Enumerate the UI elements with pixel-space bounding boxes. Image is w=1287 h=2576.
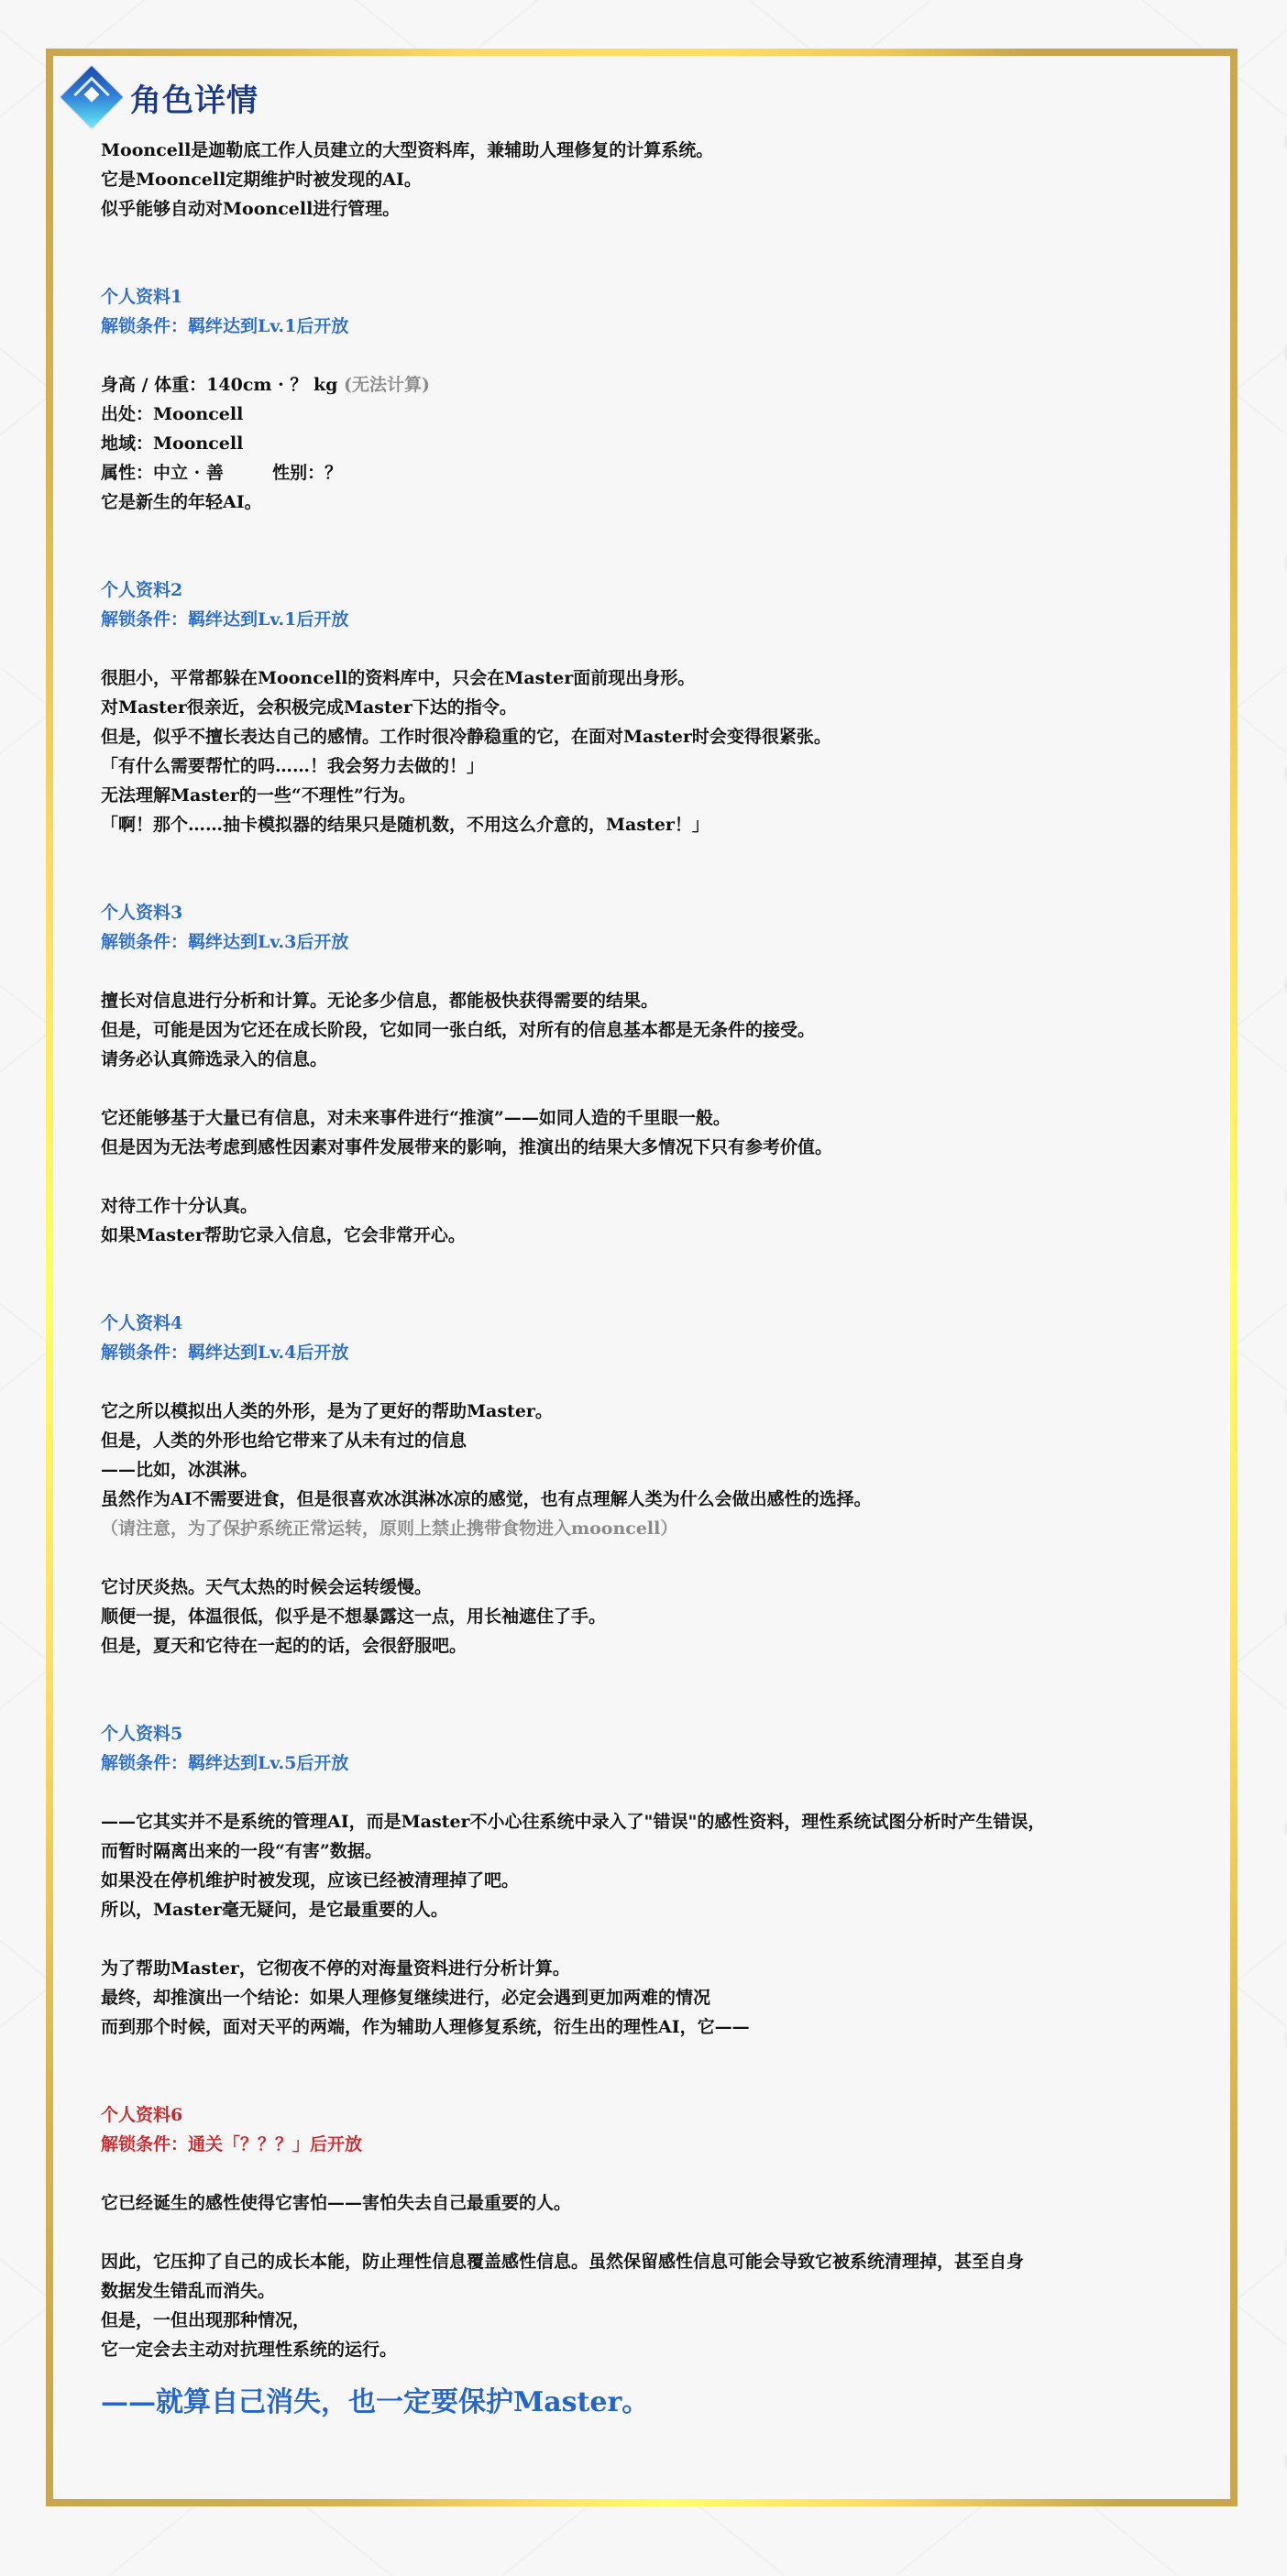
intro-line: 它是Mooncell定期维护时被发现的AI。	[101, 165, 1182, 194]
profile-line: 对待工作十分认真。	[101, 1191, 1182, 1221]
stat-alignment-gender: 属性：中立 · 善 性别：？	[101, 458, 1182, 488]
stat-alignment: 属性：中立 · 善	[101, 463, 224, 483]
profile-line: 但是因为无法考虑到感性因素对事件发展带来的影响，推演出的结果大多情况下只有参考价…	[101, 1133, 1182, 1162]
profile-line: 它还能够基于大量已有信息，对未来事件进行“推演”——如同人造的千里眼一般。	[101, 1103, 1182, 1133]
unlock-condition: 解锁条件：羁绊达到Lv.5后开放	[101, 1748, 1182, 1778]
profile-line: 如果Master帮助它录入信息，它会非常开心。	[101, 1221, 1182, 1250]
profile-title: 个人资料3	[101, 898, 1182, 927]
profile-line: 如果没在停机维护时被发现，应该已经被清理掉了吧。	[101, 1866, 1182, 1895]
profile-section-4: 个人资料4 解锁条件：羁绊达到Lv.4后开放 它之所以模拟出人类的外形，是为了更…	[101, 1309, 1182, 1661]
profile-title: 个人资料4	[101, 1309, 1182, 1338]
profile-line: 它一定会去主动对抗理性系统的运行。	[101, 2335, 1182, 2364]
profile-line: 但是，可能是因为它还在成长阶段，它如同一张白纸，对所有的信息基本都是无条件的接受…	[101, 1015, 1182, 1045]
profile-line: 数据发生错乱而消失。	[101, 2276, 1182, 2306]
profile-line: 因此，它压抑了自己的成长本能，防止理性信息覆盖感性信息。虽然保留感性信息可能会导…	[101, 2247, 1182, 2276]
unlock-condition: 解锁条件：羁绊达到Lv.3后开放	[101, 927, 1182, 957]
intro-line: 似乎能够自动对Mooncell进行管理。	[101, 194, 1182, 224]
profile-section-2: 个人资料2 解锁条件：羁绊达到Lv.1后开放 很胆小，平常都躲在Mooncell…	[101, 575, 1182, 839]
page-title: 角色详情	[130, 75, 258, 120]
profile-title: 个人资料1	[101, 282, 1182, 312]
profile-section-3: 个人资料3 解锁条件：羁绊达到Lv.3后开放 擅长对信息进行分析和计算。无论多少…	[101, 898, 1182, 1250]
profile-line: 为了帮助Master，它彻夜不停的对海量资料进行分析计算。	[101, 1954, 1182, 1983]
intro-section: Mooncell是迦勒底工作人员建立的大型资料库，兼辅助人理修复的计算系统。 它…	[101, 136, 1182, 224]
profile-line: 但是，似乎不擅长表达自己的感情。工作时很冷静稳重的它，在面对Master时会变得…	[101, 722, 1182, 751]
unlock-condition: 解锁条件：羁绊达到Lv.4后开放	[101, 1338, 1182, 1367]
profile-section-6: 个人资料6 解锁条件：通关「？？？」后开放 它已经诞生的感性使得它害怕——害怕失…	[101, 2100, 1182, 2423]
profile-line: 它之所以模拟出人类的外形，是为了更好的帮助Master。	[101, 1397, 1182, 1426]
profile-title: 个人资料6	[101, 2100, 1182, 2130]
profile-section-5: 个人资料5 解锁条件：羁绊达到Lv.5后开放 ——它其实并不是系统的管理AI，而…	[101, 1719, 1182, 2042]
profile-line: 很胆小，平常都躲在Mooncell的资料库中，只会在Master面前现出身形。	[101, 663, 1182, 693]
stat-gender: 性别：？	[272, 463, 342, 483]
diamond-emblem-icon	[60, 66, 123, 128]
profile-line: 而暂时隔离出来的一段“有害”数据。	[101, 1836, 1182, 1866]
intro-line: Mooncell是迦勒底工作人员建立的大型资料库，兼辅助人理修复的计算系统。	[101, 136, 1182, 165]
stat-region: 地域：Mooncell	[101, 429, 1182, 458]
profile-line: 对Master很亲近，会积极完成Master下达的指令。	[101, 693, 1182, 722]
page-header: 角色详情	[64, 70, 258, 125]
height-weight-value: 身高 / 体重：140cm · ？ kg	[101, 375, 337, 395]
height-weight-note: (无法计算)	[344, 375, 430, 395]
stat-origin: 出处：Mooncell	[101, 400, 1182, 429]
unlock-condition: 解锁条件：羁绊达到Lv.1后开放	[101, 605, 1182, 634]
profile-line: ——它其实并不是系统的管理AI，而是Master不小心往系统中录入了"错误"的感…	[101, 1807, 1182, 1836]
profile-line: 顺便一提，体温很低，似乎是不想暴露这一点，用长袖遮住了手。	[101, 1602, 1182, 1631]
closing-statement: ——就算自己消失，也一定要保护Master。	[101, 2383, 1182, 2423]
profile-line: 最终，却推演出一个结论：如果人理修复继续进行，必定会遇到更加两难的情况	[101, 1983, 1182, 2012]
stat-height-weight: 身高 / 体重：140cm · ？ kg (无法计算)	[101, 370, 1182, 400]
profile-section-1: 个人资料1 解锁条件：羁绊达到Lv.1后开放 身高 / 体重：140cm · ？…	[101, 282, 1182, 517]
frame-top-border	[46, 49, 1237, 56]
character-detail-content: Mooncell是迦勒底工作人员建立的大型资料库，兼辅助人理修复的计算系统。 它…	[101, 136, 1182, 2423]
profile-title: 个人资料2	[101, 575, 1182, 605]
profile-line: 虽然作为AI不需要进食，但是很喜欢冰淇淋冰凉的感觉，也有点理解人类为什么会做出感…	[101, 1485, 1182, 1514]
profile-line: 无法理解Master的一些“不理性”行为。	[101, 781, 1182, 810]
profile-line: ——比如，冰淇淋。	[101, 1455, 1182, 1485]
profile-line: 所以，Master毫无疑问，是它最重要的人。	[101, 1895, 1182, 1924]
unlock-condition: 解锁条件：通关「？？？」后开放	[101, 2130, 1182, 2159]
profile-title: 个人资料5	[101, 1719, 1182, 1748]
profile-line: 但是，一但出现那种情况，	[101, 2306, 1182, 2335]
profile-note: （请注意，为了保护系统正常运转，原则上禁止携带食物进入mooncell）	[101, 1514, 1182, 1543]
profile-line: 它是新生的年轻AI。	[101, 488, 1182, 517]
profile-line: 但是，夏天和它待在一起的的话，会很舒服吧。	[101, 1631, 1182, 1661]
profile-quote: 「啊！那个……抽卡模拟器的结果只是随机数，不用这么介意的，Master！」	[101, 810, 1182, 839]
profile-line: 它讨厌炎热。天气太热的时候会运转缓慢。	[101, 1573, 1182, 1602]
unlock-condition: 解锁条件：羁绊达到Lv.1后开放	[101, 312, 1182, 341]
profile-quote: 「有什么需要帮忙的吗……！我会努力去做的！」	[101, 751, 1182, 781]
profile-line: 请务必认真筛选录入的信息。	[101, 1045, 1182, 1074]
profile-line: 擅长对信息进行分析和计算。无论多少信息，都能极快获得需要的结果。	[101, 986, 1182, 1015]
frame-bottom-border	[46, 2499, 1237, 2506]
profile-line: 而到那个时候，面对天平的两端，作为辅助人理修复系统，衍生出的理性AI，它——	[101, 2012, 1182, 2042]
profile-line: 但是，人类的外形也给它带来了从未有过的信息	[101, 1426, 1182, 1455]
profile-line: 它已经诞生的感性使得它害怕——害怕失去自己最重要的人。	[101, 2188, 1182, 2218]
